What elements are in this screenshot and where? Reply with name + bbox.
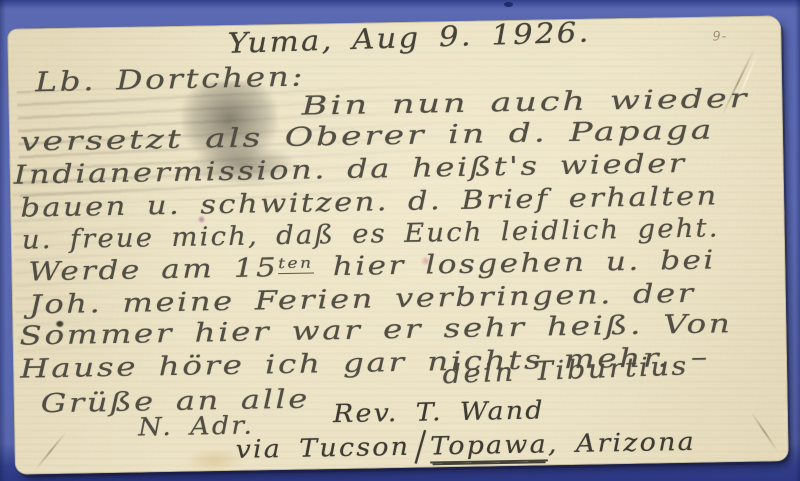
route-place-underlined: Topawa [430, 429, 548, 463]
sender-line: Rev. T. Wand [333, 397, 545, 426]
signature-line: dein Tiburtius [442, 353, 689, 388]
postcard: Yuma, Aug 9. 1926. Lb. Dortchen: Bin nun… [7, 15, 789, 474]
pen-stroke-divider: / [414, 424, 428, 468]
ordinal-superscript: ten [278, 256, 314, 275]
route-suffix: , Arizona [548, 427, 697, 459]
dateline: Yuma, Aug 9. 1926. [227, 19, 591, 58]
corner-crease [751, 412, 778, 451]
scan-artifact-speck [504, 2, 513, 7]
route-line: via Tucson/Topawa, Arizona [235, 429, 696, 462]
corner-crease [35, 432, 67, 471]
body-line: Bin nun auch wieder [301, 86, 749, 120]
route-prefix: via Tucson [235, 432, 410, 464]
pencil-note: 9- [712, 29, 727, 44]
body-line-text: hier losgehen u. bei [332, 245, 716, 282]
body-line-text: Werde am 15 [28, 253, 278, 287]
scan-background: Yuma, Aug 9. 1926. Lb. Dortchen: Bin nun… [0, 0, 800, 481]
salutation-line: Lb. Dortchen: [35, 63, 305, 96]
